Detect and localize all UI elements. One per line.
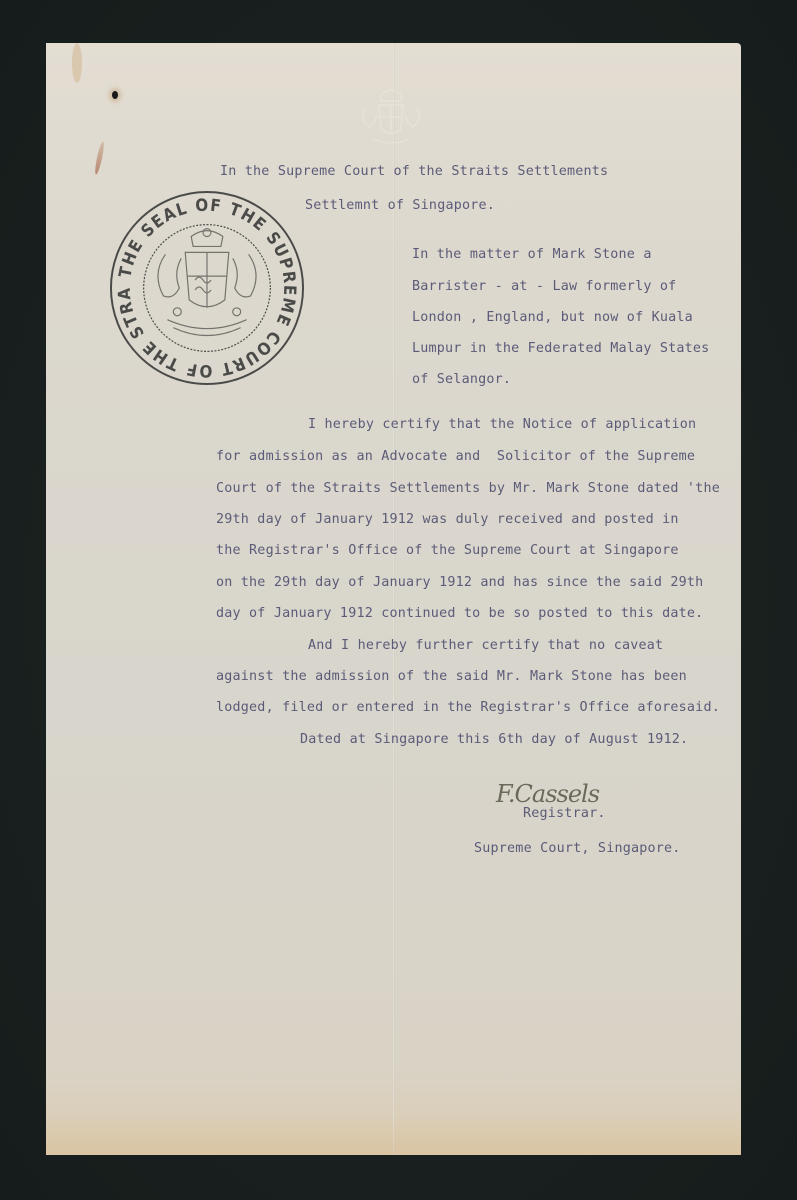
document-page: THE SEAL OF THE SUPREME COURT OF THE STR… <box>46 43 741 1155</box>
stain <box>72 43 82 83</box>
registrar-office: Supreme Court, Singapore. <box>474 842 681 855</box>
matter-line: Barrister - at - Law formerly of <box>412 280 676 293</box>
dated-line: Dated at Singapore this 6th day of Augus… <box>300 733 688 746</box>
body-line: for admission as an Advocate and Solicit… <box>216 450 695 463</box>
rust-stain <box>94 141 106 175</box>
body-line: lodged, filed or entered in the Registra… <box>216 701 720 714</box>
matter-line: In the matter of Mark Stone a <box>412 248 652 261</box>
body-line: I hereby certify that the Notice of appl… <box>308 418 696 431</box>
matter-line: Lumpur in the Federated Malay States <box>412 342 709 355</box>
body-line: And I hereby further certify that no cav… <box>308 639 663 652</box>
court-seal-icon: THE SEAL OF THE SUPREME COURT OF THE STR… <box>108 189 306 387</box>
court-heading: In the Supreme Court of the Straits Sett… <box>220 165 608 178</box>
settlement-heading: Settlemnt of Singapore. <box>305 199 495 212</box>
body-line: against the admission of the said Mr. Ma… <box>216 670 687 683</box>
matter-line: London , England, but now of Kuala <box>412 311 693 324</box>
body-line: Court of the Straits Settlements by Mr. … <box>216 482 720 495</box>
crest-watermark-icon <box>351 83 431 153</box>
matter-line: of Selangor. <box>412 373 511 386</box>
registrar-title: Registrar. <box>523 807 606 820</box>
paper-discoloration <box>46 1115 741 1155</box>
body-line: 29th day of January 1912 was duly receiv… <box>216 513 679 526</box>
body-line: on the 29th day of January 1912 and has … <box>216 576 703 589</box>
pin-hole <box>112 91 118 99</box>
body-line: day of January 1912 continued to be so p… <box>216 607 703 620</box>
body-line: the Registrar's Office of the Supreme Co… <box>216 544 679 557</box>
registrar-signature: F.Cassels <box>496 780 599 808</box>
